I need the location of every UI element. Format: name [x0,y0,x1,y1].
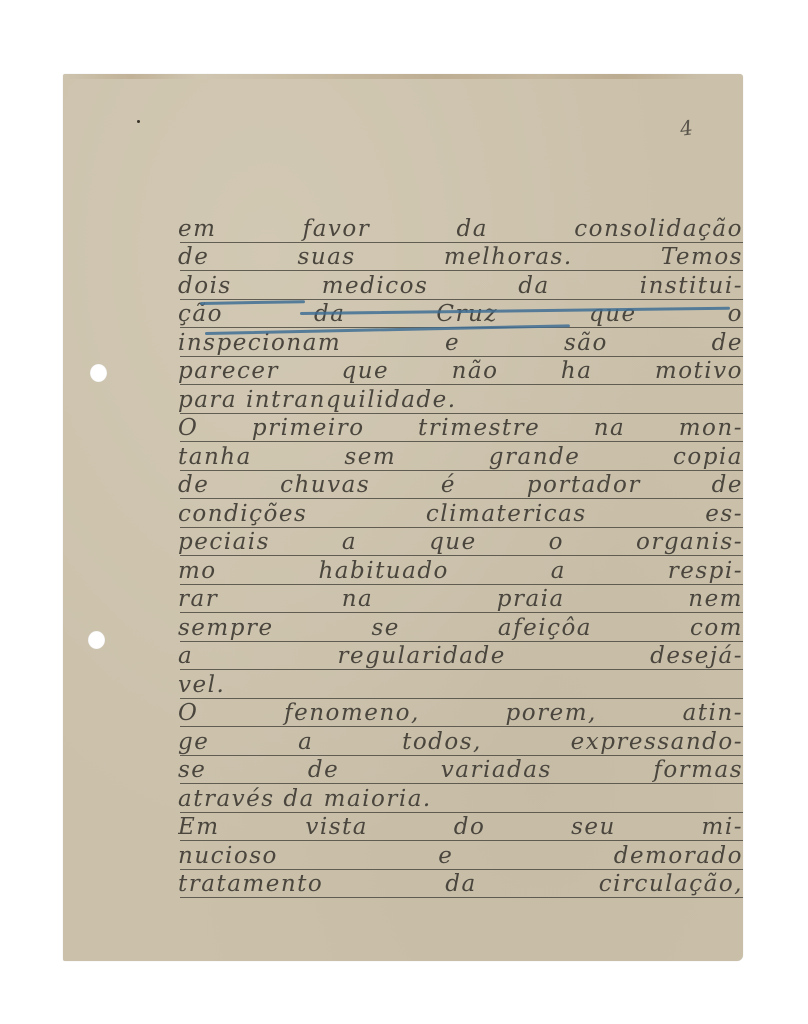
ruled-line [180,783,743,784]
punch-hole-lower [88,631,105,649]
text-line: nucioso e demorado [178,842,743,870]
ruled-line [180,669,743,670]
text-line: peciais a que o organis- [178,528,743,556]
ruled-line [180,612,743,613]
manuscript-page: 4 em favor da consolidação de suas melho… [63,74,743,961]
ruled-line [180,384,743,385]
text-line: dois medicos da institui- [178,272,743,300]
text-line: sempre se afeiçôa com [178,614,743,642]
ruled-line [180,726,743,727]
text-line: tratamento da circulação, [178,870,743,898]
text-line: mo habituado a respi- [178,557,743,585]
ruled-line [180,840,743,841]
text-line: vel. [178,671,743,699]
text-line: tanha sem grande copia [178,443,743,471]
text-line: de suas melhoras. Temos [178,243,743,271]
ruled-line [180,498,743,499]
ruled-line [180,441,743,442]
text-line: parecer que não ha motivo [178,357,743,385]
text-line: através da maioria. [178,785,743,813]
punch-hole-upper [90,364,107,382]
paper-speck [137,120,140,123]
page-number: 4 [678,115,694,141]
text-line: Em vista do seu mi- [178,813,743,841]
text-line: condições climatericas es- [178,500,743,528]
text-line: de chuvas é portador de [178,471,743,499]
text-line: para intranquilidade. [178,386,743,414]
text-line: ção da Cruz que o [178,300,743,328]
edge-stain [63,74,743,79]
text-line: O fenomeno, porem, atin- [178,699,743,727]
ruled-line [180,555,743,556]
text-line: a regularidade desejá- [178,642,743,670]
text-line: O primeiro trimestre na mon- [178,414,743,442]
text-line: ge a todos, expressando- [178,728,743,756]
ruled-line [180,270,743,271]
ruled-line [180,897,743,898]
text-line: em favor da consolidação [178,215,743,243]
text-line: rar na praia nem [178,585,743,613]
text-line: se de variadas formas [178,756,743,784]
